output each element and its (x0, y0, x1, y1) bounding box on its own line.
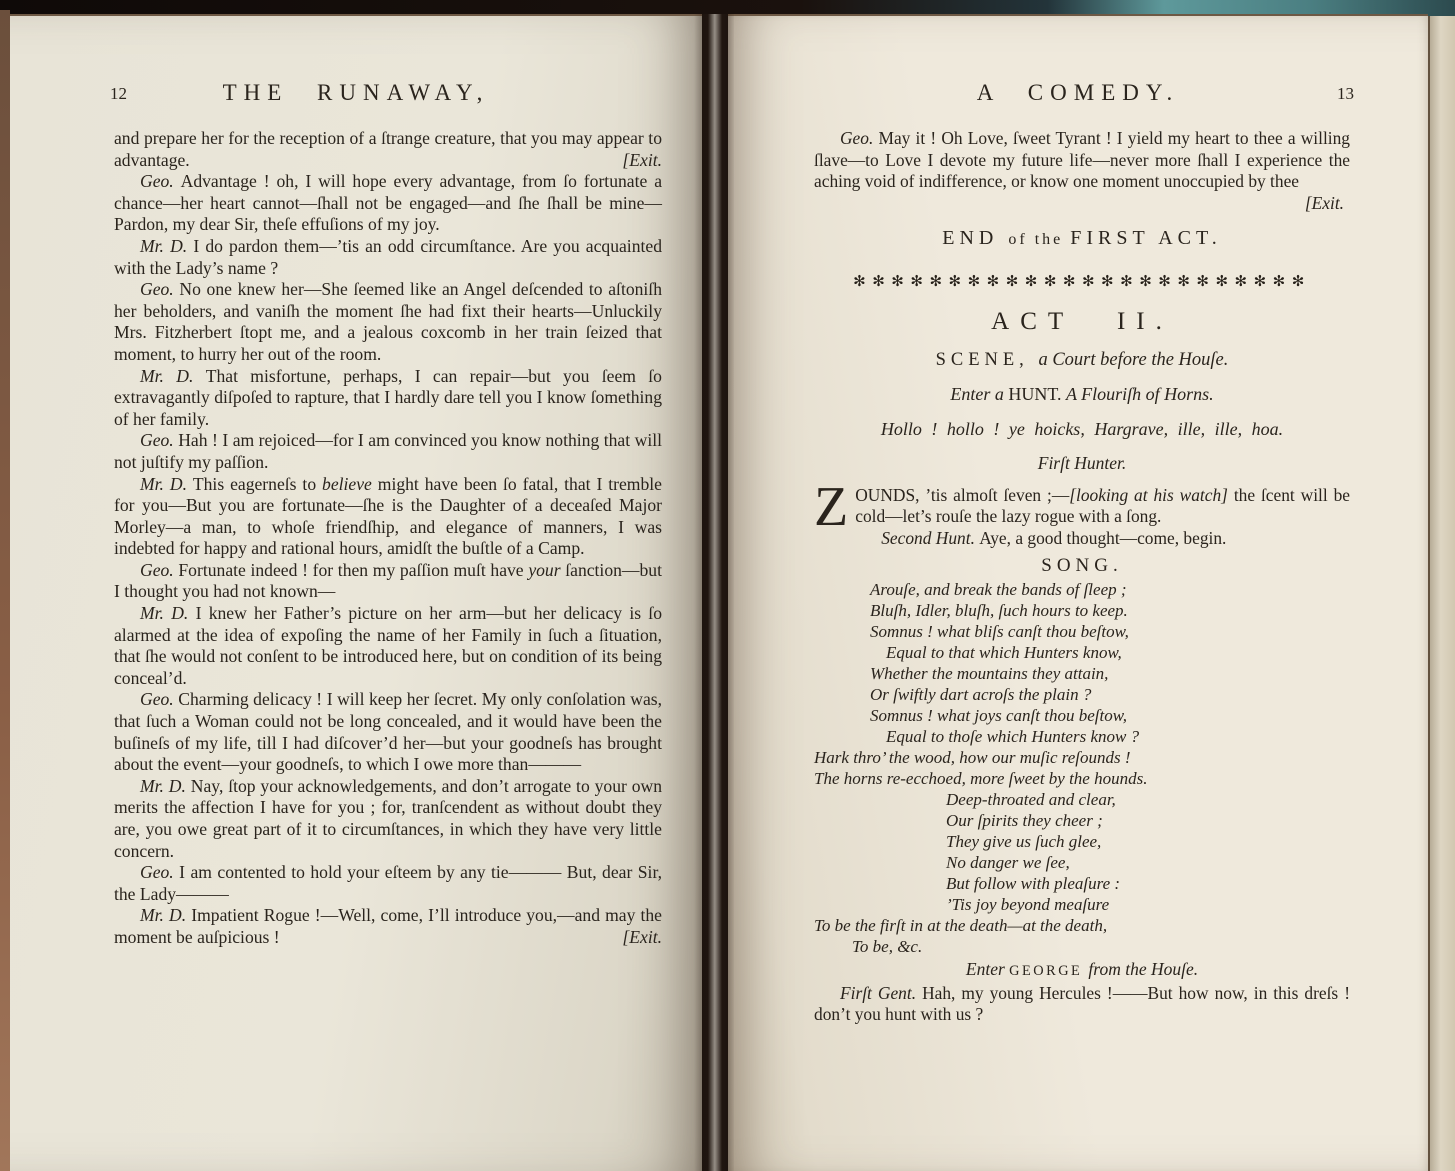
text-run: Firſt Hunter. (1038, 453, 1126, 473)
text-run: Second Hunt. (881, 528, 979, 548)
para: Geo. I am contented to hold your eſteem … (114, 862, 662, 905)
text-run: [Exit. (1305, 193, 1344, 213)
text-run: Firſt Gent. (840, 983, 922, 1003)
text-run: No one knew her—She ſeemed like an Angel… (114, 279, 662, 364)
text-run: SCENE, (936, 350, 1039, 370)
stage-enter: Enter GEORGE from the Houſe. (814, 959, 1350, 983)
text-run: A Flouriſh of Horns. (1066, 384, 1214, 404)
right-page-header: A COMEDY. 13 (728, 80, 1428, 122)
para: Mr. D. That misfortune, perhaps, I can r… (114, 366, 662, 431)
para: Geo. Fortunate indeed ! for then my paſſ… (114, 560, 662, 603)
text-run: Geo. (140, 862, 179, 882)
book-gutter (694, 14, 734, 1171)
text-run: Geo. (140, 430, 178, 450)
song-line: Somnus ! what joys canſt thou beſtow, (870, 705, 1350, 726)
text-run: Mr. D. (140, 474, 193, 494)
text-run: Nay, ſtop your acknowledgements, and don… (114, 776, 662, 861)
para: Mr. D. Nay, ſtop your acknowledgements, … (114, 776, 662, 862)
text-run: Geo. (140, 689, 178, 709)
para: and prepare her for the reception of a ſ… (114, 128, 662, 171)
page-number: 13 (1337, 84, 1354, 104)
para: Mr. D. I knew her Father’s picture on he… (114, 603, 662, 689)
song-line: Equal to thoſe which Hunters know ? (886, 726, 1350, 747)
song-title: SONG. (814, 555, 1350, 577)
para: Geo. Charming delicacy ! I will keep her… (114, 689, 662, 775)
song-line: No danger we ſee, (946, 852, 1350, 873)
book-photo: 12 THE RUNAWAY, and prepare her for the … (0, 0, 1455, 1171)
text-run: Mr. D. (140, 603, 196, 623)
para: Firſt Gent. Hah, my young Hercules !——Bu… (814, 983, 1350, 1026)
song-line: Hark thro’ the wood, how our muſic reſou… (814, 747, 1350, 768)
song: Arouſe, and break the bands of ſleep ;Bl… (814, 579, 1350, 957)
text-run: HUNT. (1008, 384, 1066, 404)
text-run: Mr. D. (140, 776, 191, 796)
text-run: I am contented to hold your eſteem by an… (114, 862, 662, 904)
song-line: Equal to that which Hunters know, (886, 642, 1350, 663)
exit-direction: [Exit. (622, 150, 662, 172)
left-page: 12 THE RUNAWAY, and prepare her for the … (10, 14, 702, 1171)
para: Geo. Hah ! I am rejoiced—for I am convin… (114, 430, 662, 473)
text-run: GEORGE (1009, 963, 1088, 979)
text-run: END (942, 227, 1008, 249)
para: ZOUNDS, ’tis almoſt ſeven ;—[looking at … (814, 485, 1350, 528)
text-run: Advantage ! oh, I will hope every advant… (114, 171, 662, 234)
text-run: OUNDS, ’tis almoſt ſeven ;— (855, 485, 1069, 505)
left-page-body: and prepare her for the reception of a ſ… (114, 128, 662, 949)
text-run: Aye, a good thought—come, begin. (979, 528, 1226, 548)
song-line: The horns re-ecchoed, more ſweet by the … (814, 768, 1350, 789)
text-run: I do pardon them—’tis an odd circumſtanc… (114, 236, 662, 278)
text-run: Hah ! I am rejoiced—for I am convinced y… (114, 430, 662, 472)
exit-direction: [Exit. (596, 927, 662, 949)
text-run: FIRST ACT. (1070, 227, 1222, 249)
text-run: believe (322, 474, 372, 494)
song-line: But follow with pleaſure : (946, 873, 1350, 894)
running-title: A COMEDY. (977, 80, 1180, 105)
left-page-header: 12 THE RUNAWAY, (10, 80, 702, 122)
para: Mr. D. Impatient Rogue !—Well, come, I’l… (114, 905, 662, 948)
song-line: To be, &c. (852, 936, 1350, 957)
text-run: May it ! Oh Love, ſweet Tyrant ! I yield… (814, 128, 1350, 191)
para: Second Hunt. Aye, a good thought—come, b… (814, 528, 1350, 550)
song-line: ’Tis joy beyond meaſure (946, 894, 1350, 915)
text-run: Enter (966, 959, 1009, 979)
text-run: Charming delicacy ! I will keep her ſecr… (114, 689, 662, 774)
para: Geo. No one knew her—She ſeemed like an … (114, 279, 662, 365)
song-line: To be the firſt in at the death—at the d… (814, 915, 1350, 936)
page-fore-edge (1428, 16, 1455, 1171)
song-line: Bluſh, Idler, bluſh, ſuch hours to keep. (870, 600, 1350, 621)
text-run: Impatient Rogue !—Well, come, I’ll intro… (114, 905, 662, 947)
text-run: Mr. D. (140, 366, 206, 386)
act-heading: ACT II. (814, 311, 1350, 333)
running-title: THE RUNAWAY, (223, 80, 490, 105)
para: Mr. D. This eagerneſs to believe might h… (114, 474, 662, 560)
text-run: and prepare her for the reception of a ſ… (114, 128, 662, 170)
page-number: 12 (110, 84, 127, 104)
book-left-edge (0, 10, 10, 1171)
song-line: Somnus ! what bliſs canſt thou beſtow, (870, 621, 1350, 642)
text-run: Geo. (140, 171, 181, 191)
song-line: They give us ſuch glee, (946, 831, 1350, 852)
para: Geo. Advantage ! oh, I will hope every a… (114, 171, 662, 236)
song-line: Whether the mountains they attain, (870, 663, 1350, 684)
hunt-cry: Hollo ! hollo ! ye hoicks, Hargrave, ill… (814, 419, 1350, 441)
exit: [Exit. (814, 193, 1344, 215)
speaker-heading: Firſt Hunter. (814, 453, 1350, 475)
text-run: Geo. (140, 279, 179, 299)
text-run: Geo. (840, 128, 879, 148)
text-run: your (528, 560, 560, 580)
text-run: This eagerneſs to (193, 474, 322, 494)
text-run: Hollo ! hollo ! ye hoicks, Hargrave, ill… (881, 419, 1283, 439)
text-run: a Court before the Houſe. (1038, 350, 1228, 370)
right-page-body: Geo. May it ! Oh Love, ſweet Tyrant ! I … (814, 128, 1350, 1026)
text-run: Mr. D. (140, 905, 191, 925)
text-run: from the Houſe. (1088, 959, 1198, 979)
song-line: Our ſpirits they cheer ; (946, 810, 1350, 831)
song-line: Deep-throated and clear, (946, 789, 1350, 810)
text-run: Fortunate indeed ! for then my paſſion m… (178, 560, 528, 580)
text-run: Geo. (140, 560, 178, 580)
text-run: of the (1008, 231, 1070, 248)
text-run: Z (814, 485, 855, 529)
text-run: ACT II. (991, 308, 1173, 335)
para: Geo. May it ! Oh Love, ſweet Tyrant ! I … (814, 128, 1350, 193)
para: Mr. D. I do pardon them—’tis an odd circ… (114, 236, 662, 279)
text-run: SONG. (1041, 555, 1122, 576)
scene: SCENE, a Court before the Houſe. (814, 350, 1350, 372)
text-run: Mr. D. (140, 236, 193, 256)
text-run: I knew her Father’s picture on her arm—b… (114, 603, 662, 688)
text-run: [looking at his watch] (1069, 485, 1228, 505)
song-line: Arouſe, and break the bands of ſleep ; (870, 579, 1350, 600)
song-line: Or ſwiftly dart acroſs the plain ? (870, 684, 1350, 705)
stage: Enter a HUNT. A Flouriſh of Horns. (814, 384, 1350, 406)
ornament: ✻✻✻✻✻✻✻✻✻✻✻✻✻✻✻✻✻✻✻✻✻✻✻✻ (814, 271, 1350, 293)
text-run: Enter a (950, 384, 1008, 404)
right-page: A COMEDY. 13 Geo. May it ! Oh Love, ſwee… (728, 14, 1428, 1171)
end-act: END of the FIRST ACT. (814, 228, 1350, 251)
